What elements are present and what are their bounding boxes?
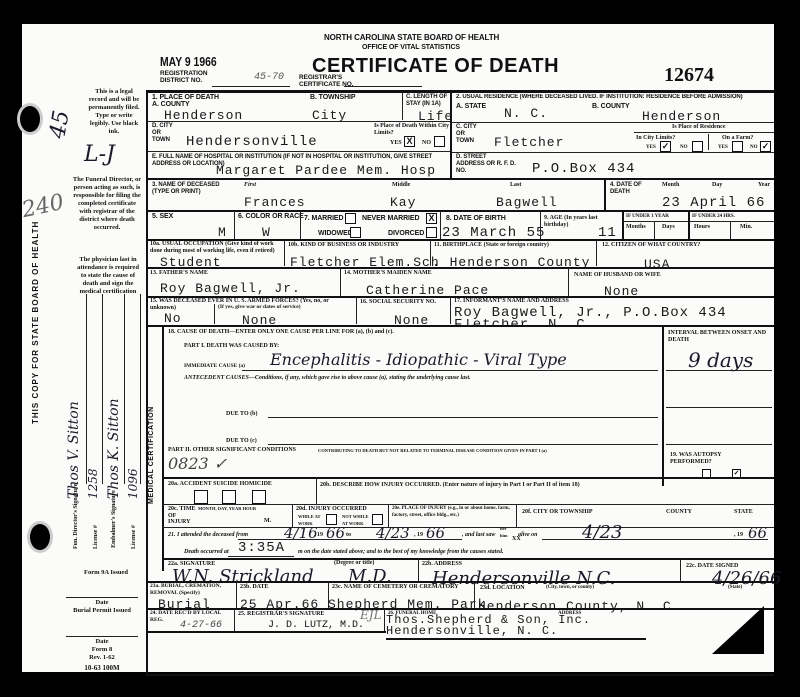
accident-checkbox[interactable] [194, 490, 208, 504]
under-24-hrs-label: IF UNDER 24 HRS. [692, 214, 735, 221]
medical-certification-label: MEDICAL CERTIFICATION [148, 406, 155, 504]
date-of-death: 23 April 66 [662, 197, 765, 210]
minutes-label: Min. [740, 224, 752, 231]
injury-state-label: STATE [734, 509, 753, 516]
year-prefix-2: , 19 [414, 532, 423, 539]
sex: M [218, 226, 227, 239]
registrar-signature: J. D. LUTZ, M.D. [268, 620, 364, 631]
married-checkbox[interactable] [345, 213, 356, 224]
accident-suicide-homicide-label: 20a. ACCIDENT SUICIDE HOMICIDE [168, 481, 272, 488]
never-married-checkbox[interactable]: X [426, 213, 437, 224]
autopsy-label: 19. WAS AUTOPSY PERFORMED? [670, 452, 750, 465]
handwritten-lj: L-J [84, 142, 115, 167]
license2-label: License # [130, 525, 138, 549]
place-of-death-label: 1. PLACE OF DEATH [152, 94, 219, 101]
form-number: Form 8 [66, 646, 138, 654]
sex-label: 5. SEX [152, 213, 173, 220]
death-city: Hendersonville [186, 136, 318, 149]
within-limits-yes-checkbox[interactable]: X [404, 136, 415, 147]
time-of-injury-sub: MONTH, DAY, YEAR HOUR [198, 506, 256, 513]
within-limits-label: Is Place of Death Within City Limits? [374, 123, 450, 136]
first-name-label: First [244, 182, 256, 189]
birthplace-label: 11. BIRTHPLACE (State or foreign country… [434, 242, 549, 249]
form-9a-issued: Form 9A Issued [70, 569, 142, 577]
hours-label: Hours [694, 224, 710, 231]
funeral-home-line-2: Hendersonville, N. C. [386, 625, 558, 638]
location-sub-label: (City, town, or county) [546, 585, 594, 592]
farm-yes-label: YES [718, 145, 728, 152]
part-2-label: PART II. OTHER SIGNIFICANT CONDITIONS [168, 447, 296, 454]
death-time-suffix: m on the date stated above; and to the b… [298, 549, 504, 556]
street-address-label: d. STREET ADDRESS or R. F. D. NO. [456, 154, 516, 175]
physician-note: The physician last in attendance is requ… [76, 256, 140, 296]
homicide-checkbox[interactable] [252, 490, 266, 504]
form-revision: Rev. 1-62 [66, 654, 138, 662]
certificate-number: 12674 [664, 64, 714, 87]
interval-label: INTERVAL BETWEEN ONSET AND DEATH [668, 330, 768, 343]
mother-maiden-name-label: 14. MOTHER'S MAIDEN NAME [344, 270, 432, 277]
first-name: Frances [244, 196, 306, 209]
handwritten-240: 240 [20, 190, 66, 223]
middle-name-label: Middle [392, 182, 410, 189]
in-city-yes-label: YES [646, 145, 656, 152]
business-label: 10b. KIND OF BUSINESS OR INDUSTRY [288, 242, 399, 249]
farm-no-label: NO [750, 145, 758, 152]
handwritten-45: 45 [45, 109, 74, 141]
license-1: 1258 [86, 468, 100, 499]
punch-hole-top [20, 106, 40, 132]
license1-label: License # [92, 525, 100, 549]
in-city-no-label: NO [680, 145, 688, 152]
registration-stamp-date: MAY 9 1966 [160, 54, 217, 69]
disease-code: 0823 ✓ [168, 454, 227, 473]
residence-state: N. C. [504, 107, 548, 120]
due-to-c-label: DUE TO (c) [226, 438, 257, 445]
license-2: 1096 [126, 468, 140, 499]
middle-name: Kay [390, 196, 416, 209]
part-2-sub-label: CONTRIBUTING TO DEATH BUT NOT RELATED TO… [318, 448, 547, 455]
dod-year-label: Year [758, 182, 770, 189]
farm-yes-checkbox[interactable] [732, 141, 743, 152]
cemetery-label: 23c. NAME OF CEMETERY OR CREMATORY [332, 584, 459, 591]
months-label: Months [626, 224, 646, 231]
cause-of-death-label: 18. CAUSE OF DEATH—ENTER ONLY ONE CAUSE … [168, 329, 394, 336]
dod-month-label: Month [662, 182, 679, 189]
suicide-checkbox[interactable] [222, 490, 236, 504]
armed-service-sub-label: (If yes, give war or dates of service) [218, 304, 301, 311]
death-time: 3:35A [238, 542, 285, 555]
date-received: 4-27-66 [180, 620, 222, 631]
burial-date-label: 23b. DATE [240, 584, 269, 591]
due-to-b-label: DUE TO (b) [226, 411, 257, 418]
burial-permit-issued: Burial Permit Issued [62, 607, 142, 615]
residence-city: Fletcher [494, 136, 564, 149]
hospital-name: Margaret Pardee Mem. Hosp [216, 164, 436, 177]
dod-day-label: Day [712, 182, 722, 189]
last-name: Bagwell [496, 196, 558, 209]
father-name: Roy Bagwell, Jr. [160, 282, 301, 295]
death-occurred-at-label: Death occurred at [184, 549, 229, 556]
registrar-initials: EJL [360, 608, 382, 622]
county-label: a. COUNTY [152, 101, 190, 108]
agency-name: NORTH CAROLINA STATE BOARD OF HEALTH [324, 34, 499, 41]
state-copy-caption: THIS COPY FOR STATE BOARD OF HEALTH [32, 221, 39, 424]
fun-director-sig-label: Fun. Director's Signature [72, 489, 80, 549]
usual-residence-label: 2. USUAL RESIDENCE (Where deceased lived… [456, 94, 772, 101]
year-prefix-3: , 19 [734, 532, 743, 539]
citizen-label: 12. CITIZEN OF WHAT COUNTRY? [602, 242, 700, 249]
interval-onset-death: 9 days [688, 348, 753, 372]
physician-address-label: 22b. ADDRESS [422, 561, 462, 568]
divorced-label: DIVORCED [388, 230, 424, 237]
registration-district-label: REGISTRATION DISTRICT NO. [160, 70, 230, 84]
time-of-injury-label: 20c. TIME OF INJURY [168, 506, 198, 526]
name-of-deceased-label: 3. NAME OF DECEASED (Type or Print) [152, 182, 222, 196]
occupation-label: 10a. USUAL OCCUPATION (Give kind of work… [150, 241, 280, 254]
punch-hole-bottom [30, 524, 50, 550]
funeral-director-note: The Funeral Director, or person acting a… [72, 176, 142, 232]
never-married-label: NEVER MARRIED [362, 215, 419, 222]
state-sub-label: (State) [728, 585, 742, 592]
office-name: OFFICE OF VITAL STATISTICS [362, 44, 460, 51]
married-label: 7. MARRIED [304, 215, 343, 222]
widowed-checkbox[interactable] [350, 227, 361, 238]
attended-label: 21. I attended the deceased from [168, 532, 248, 539]
injury-description-label: 20b. DESCRIBE HOW INJURY OCCURRED. (Ente… [320, 482, 580, 489]
race: W [262, 226, 271, 239]
burial-method-label: 23a. BURIAL, CREMATION, REMOVAL (Specify… [150, 583, 230, 596]
antecedent-causes-label: ANTECEDENT CAUSES—Conditions, if any, wh… [184, 375, 471, 382]
last-name-label: Last [510, 182, 521, 189]
corner-mark [712, 606, 764, 654]
citizen: USA [644, 258, 670, 271]
divorced-checkbox[interactable] [426, 227, 437, 238]
within-limits-no-checkbox[interactable] [434, 136, 445, 147]
residence-county-label: b. COUNTY [592, 103, 630, 110]
armed-forces: No [164, 312, 182, 325]
her-him-label: her him [500, 526, 510, 539]
residence-state-label: a. STATE [456, 103, 486, 110]
not-at-work-label: NOT WHILE AT WORK [342, 514, 370, 527]
injury-occurred-label: 20d. INJURY OCCURRED [296, 506, 367, 513]
city-label: d. CITY OR TOWN [152, 123, 176, 144]
place-of-residence-label: Is Place of Residence [672, 124, 726, 131]
within-limits-yes-label: YES [390, 140, 402, 147]
days-label: Days [662, 224, 675, 231]
within-limits-no-label: NO [422, 140, 431, 147]
under-1-year-label: IF UNDER 1 YEAR [626, 214, 669, 221]
informant-label: 17. INFORMANT'S NAME AND ADDRESS [454, 298, 569, 305]
length-of-stay-label: c. LENGTH OF STAY (in 1a) [406, 94, 450, 108]
to-label: to [346, 532, 351, 539]
township-label: b. TOWNSHIP [310, 94, 355, 101]
street-address: P.O.Box 434 [532, 163, 635, 176]
date-of-death-label: 4. DATE OF DEATH [610, 182, 650, 196]
in-city-no-checkbox[interactable] [692, 141, 703, 152]
father-name-label: 13. FATHER'S NAME [150, 270, 208, 277]
death-certificate: 45 L-J 240 This is a legal record and wi… [22, 24, 774, 672]
date-label-2: Date [66, 638, 138, 646]
legal-note: This is a legal record and will be perma… [86, 88, 142, 136]
date-label-1: Date [66, 599, 138, 607]
injury-city-label: 20f. CITY OR TOWNSHIP [522, 509, 593, 516]
embalmer-sig-label: Embalmer's Signature [110, 489, 118, 549]
last-saw-label: , and last saw [462, 532, 495, 539]
date-signed: 4/26/66 [712, 568, 781, 589]
race-label: 6. COLOR OR RACE [238, 213, 304, 220]
registration-district-value: 45-70 [254, 72, 284, 83]
part-1-label: PART I. DEATH WAS CAUSED BY: [184, 343, 279, 350]
date-of-birth-label: 8. DATE OF BIRTH [446, 215, 506, 222]
injury-county-label: COUNTY [666, 509, 692, 516]
left-margin: 45 L-J 240 This is a legal record and wi… [22, 24, 144, 672]
widowed-label: WIDOWED [318, 230, 353, 237]
alive-on-label: alive on [518, 532, 538, 539]
place-of-injury-label: 20e. PLACE OF INJURY (e.g., in or about … [392, 506, 510, 519]
spouse-name-label: NAME OF HUSBAND OR WIFE [574, 272, 661, 279]
embalmer-signature: Thos K. Sitton [106, 398, 122, 499]
location-label: 23d. LOCATION [480, 585, 525, 592]
residence-city-label: c. CITY OR TOWN [456, 124, 480, 145]
time-m-label: M. [264, 518, 271, 525]
in-city-yes-checkbox[interactable]: ✓ [660, 141, 671, 152]
ssn-label: 16. SOCIAL SECURITY NO. [360, 299, 436, 306]
year-prefix-1: , 19 [314, 532, 323, 539]
farm-no-checkbox[interactable]: ✓ [760, 141, 771, 152]
registrar-signature-label: 25. REGISTRAR'S SIGNATURE [238, 611, 324, 618]
immediate-cause: Encephalitis - Idiopathic - Viral Type [270, 350, 567, 369]
print-code: 10-63 100M [66, 664, 138, 672]
immediate-cause-label: IMMEDIATE CAUSE (a) [184, 363, 245, 370]
